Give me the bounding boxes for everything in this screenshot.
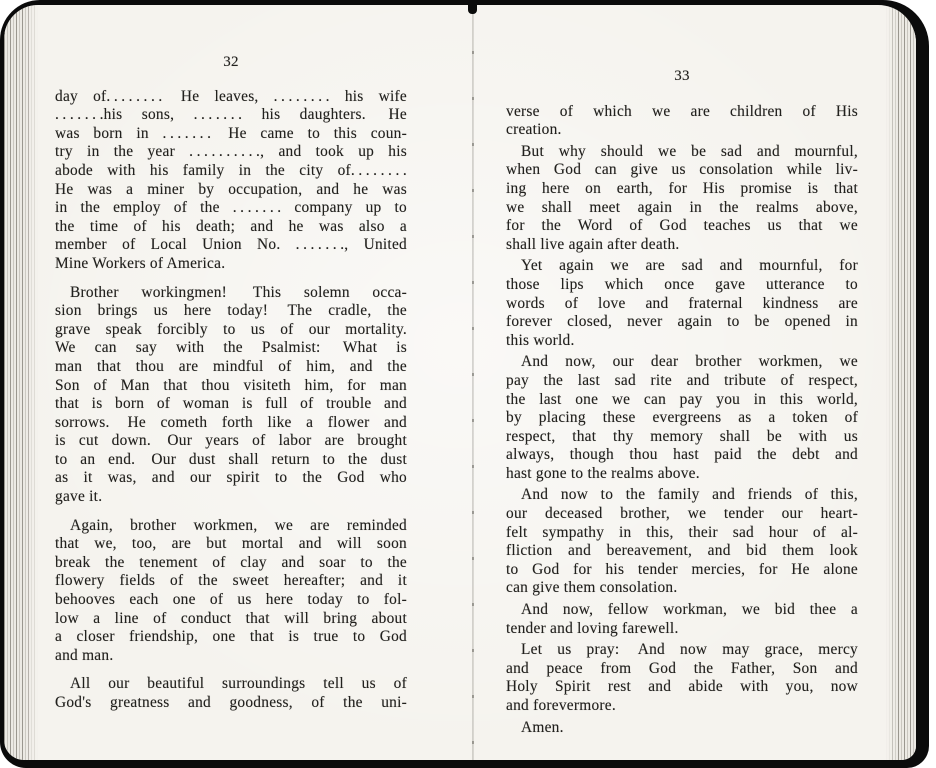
page-body: day of. . . . . . . . He leaves, . . . .… bbox=[55, 88, 407, 713]
text-line: this world. bbox=[506, 332, 858, 351]
text-line: and forevermore. bbox=[506, 697, 858, 716]
text-line: as it was, and our spirit to the God who bbox=[55, 469, 407, 488]
text-line: Brother workingmen! This solemn occa- bbox=[55, 284, 407, 303]
paragraph: All our beautiful surroundings tell us o… bbox=[55, 675, 407, 712]
text-line: And now, our dear brother workmen, we bbox=[506, 353, 858, 372]
text-line: in the employ of the . . . . . . . compa… bbox=[55, 199, 407, 218]
text-line: and peace from God the Father, Son and bbox=[506, 660, 858, 679]
text-line: to an end. Our dust shall return to the … bbox=[55, 451, 407, 470]
text-line: He was a miner by occupation, and he was bbox=[55, 181, 407, 200]
text-line: always, though thou hast paid the debt a… bbox=[506, 446, 858, 465]
spine-gutter bbox=[472, 5, 474, 760]
page-number: 33 bbox=[506, 67, 858, 86]
text-line: low a line of conduct that will bring ab… bbox=[55, 610, 407, 629]
text-line: Amen. bbox=[506, 719, 858, 738]
text-line: member of Local Union No. . . . . . . .,… bbox=[55, 236, 407, 255]
text-line: All our beautiful surroundings tell us o… bbox=[55, 675, 407, 694]
paragraph: And now, fellow workman, we bid thee ate… bbox=[506, 601, 858, 638]
text-line: sorrows. He cometh forth like a flower a… bbox=[55, 414, 407, 433]
spine-top-notch bbox=[468, 5, 477, 14]
paragraph: Amen. bbox=[506, 719, 858, 738]
text-line: was born in . . . . . . . He came to thi… bbox=[55, 125, 407, 144]
text-line: God's greatness and goodness, of the uni… bbox=[55, 694, 407, 713]
text-line: grave speak forcibly to us of our mortal… bbox=[55, 321, 407, 340]
page-32: 32 day of. . . . . . . . He leaves, . . … bbox=[4, 5, 473, 760]
text-line: the time of his death; and he was also a bbox=[55, 218, 407, 237]
text-line: Yet again we are sad and mournful, for bbox=[506, 257, 858, 276]
paragraph: But why should we be sad and mournful,wh… bbox=[506, 143, 858, 255]
paragraph: Yet again we are sad and mournful, forth… bbox=[506, 257, 858, 350]
text-line: ing here on earth, for His promise is th… bbox=[506, 180, 858, 199]
text-line: words of love and fraternal kindness are bbox=[506, 295, 858, 314]
text-line: flowery fields of the sweet hereafter; a… bbox=[55, 572, 407, 591]
paragraph: And now, our dear brother workmen, wepay… bbox=[506, 353, 858, 483]
text-line: is cut down. Our years of labor are brou… bbox=[55, 432, 407, 451]
text-line: Son of Man that thou visiteth him, for m… bbox=[55, 377, 407, 396]
text-line: we shall meet again in the realms above, bbox=[506, 199, 858, 218]
text-line: But why should we be sad and mournful, bbox=[506, 143, 858, 162]
text-line: And now, fellow workman, we bid thee a bbox=[506, 601, 858, 620]
text-line: break the tenement of clay and soar to t… bbox=[55, 554, 407, 573]
text-line: Let us pray: And now may grace, mercy bbox=[506, 641, 858, 660]
text-line: shall live again after death. bbox=[506, 236, 858, 255]
page-body: verse of which we are children of Hiscre… bbox=[506, 103, 858, 738]
text-line: fliction and bereavement, and bid them l… bbox=[506, 542, 858, 561]
text-line: can give them consolation. bbox=[506, 579, 858, 598]
text-line: that we, too, are but mortal and will so… bbox=[55, 535, 407, 554]
page-33: 33 verse of which we are children of His… bbox=[473, 5, 916, 760]
text-line: by placing these evergreens as a token o… bbox=[506, 409, 858, 428]
text-line: and man. bbox=[55, 647, 407, 666]
text-line: man that thou are mindful of him, and th… bbox=[55, 358, 407, 377]
text-line: those lips which once gave utterance to bbox=[506, 276, 858, 295]
text-line: verse of which we are children of His bbox=[506, 103, 858, 122]
paragraph: day of. . . . . . . . He leaves, . . . .… bbox=[55, 88, 407, 274]
paragraph: Again, brother workmen, we are remindedt… bbox=[55, 517, 407, 666]
book-scan: 32 day of. . . . . . . . He leaves, . . … bbox=[0, 0, 936, 768]
text-line: And now to the family and friends of thi… bbox=[506, 486, 858, 505]
text-line: abode with his family in the city of. . … bbox=[55, 162, 407, 181]
text-line: that is born of woman is full of trouble… bbox=[55, 395, 407, 414]
text-line: day of. . . . . . . . He leaves, . . . .… bbox=[55, 88, 407, 107]
text-line: to God for his tender mercies, for He al… bbox=[506, 561, 858, 580]
text-line: . . . . . . .his sons, . . . . . . . his… bbox=[55, 106, 407, 125]
text-line: the last one we can pay you in this worl… bbox=[506, 391, 858, 410]
paragraph: And now to the family and friends of thi… bbox=[506, 486, 858, 598]
text-line: try in the year . . . . . . . . . ., and… bbox=[55, 143, 407, 162]
text-line: respect, that thy memory shall be with u… bbox=[506, 428, 858, 447]
text-line: Holy Spirit rest and abide with you, now bbox=[506, 678, 858, 697]
text-line: gave it. bbox=[55, 488, 407, 507]
text-line: behooves each one of us here today to fo… bbox=[55, 591, 407, 610]
open-book-pages: 32 day of. . . . . . . . He leaves, . . … bbox=[4, 5, 916, 760]
text-line: for the Word of God teaches us that we bbox=[506, 217, 858, 236]
text-line: creation. bbox=[506, 121, 858, 140]
text-line: tender and loving farewell. bbox=[506, 620, 858, 639]
page-number: 32 bbox=[55, 53, 407, 72]
text-line: our deceased brother, we tender our hear… bbox=[506, 505, 858, 524]
text-line: Mine Workers of America. bbox=[55, 255, 407, 274]
paragraph: Let us pray: And now may grace, mercyand… bbox=[506, 641, 858, 715]
text-line: hast gone to the realms above. bbox=[506, 465, 858, 484]
book-cover: 32 day of. . . . . . . . He leaves, . . … bbox=[0, 0, 929, 768]
text-line: forever closed, never again to be opened… bbox=[506, 313, 858, 332]
text-line: a closer friendship, one that is true to… bbox=[55, 628, 407, 647]
text-line: when God can give us consolation while l… bbox=[506, 161, 858, 180]
text-line: sion brings us here today! The cradle, t… bbox=[55, 302, 407, 321]
text-line: pay the last sad rite and tribute of res… bbox=[506, 372, 858, 391]
text-line: We can say with the Psalmist: What is bbox=[55, 339, 407, 358]
text-line: felt sympathy in this, their sad hour of… bbox=[506, 524, 858, 543]
page-spread: 32 day of. . . . . . . . He leaves, . . … bbox=[4, 5, 916, 760]
paragraph: verse of which we are children of Hiscre… bbox=[506, 103, 858, 140]
text-line: Again, brother workmen, we are reminded bbox=[55, 517, 407, 536]
paragraph: Brother workingmen! This solemn occa-sio… bbox=[55, 284, 407, 507]
